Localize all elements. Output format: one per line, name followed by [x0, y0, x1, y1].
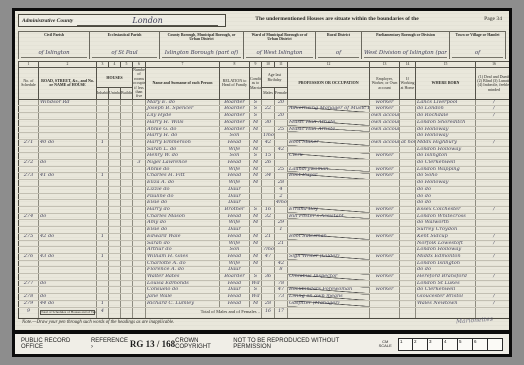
cell-where-born: Lancs Liverpool — [416, 99, 476, 106]
cell-inhabited — [97, 146, 109, 153]
cell-working-at-home — [400, 220, 416, 227]
cell-occupation: Music Hall Artiste — [288, 119, 370, 126]
cell-schedule — [19, 227, 39, 234]
cell-age-male: 28 — [262, 300, 275, 307]
cell-age-male: 36 — [262, 274, 275, 281]
cell-inhabited — [97, 99, 109, 106]
cell-age-female — [275, 253, 288, 260]
cell-relation: Boarder — [220, 126, 250, 133]
cell-condition: M — [250, 220, 262, 227]
cell-schedule — [19, 180, 39, 187]
cell-age-female: 2 — [275, 193, 288, 200]
cell-relation: Wife — [220, 180, 250, 187]
cell-schedule — [19, 287, 39, 294]
cell-age-male: 22 — [262, 106, 275, 113]
cell-inhabited — [97, 119, 109, 126]
cell-where-born: do London — [416, 106, 476, 113]
cell-employment — [370, 300, 400, 307]
cell-working-at-home — [400, 160, 416, 167]
cell-schedule: 271 — [19, 139, 39, 146]
cell-schedule — [19, 133, 39, 140]
table-row: 278doJane WaleHeadWd73Living on own mean… — [19, 294, 510, 301]
cell-building — [121, 119, 133, 126]
cell-working-at-home — [400, 200, 416, 207]
cell-infirmity: / — [476, 139, 510, 146]
cell-building — [121, 267, 133, 274]
cell-name: Annie G. do — [146, 126, 220, 133]
cell-employment — [370, 267, 400, 274]
cell-building — [121, 280, 133, 287]
cell-condition — [250, 227, 262, 234]
cell-relation: Daur — [220, 186, 250, 193]
cell-infirmity — [476, 146, 510, 153]
cell-occupation: Boot Buyer — [288, 173, 370, 180]
cell-schedule — [19, 153, 39, 160]
cell-age-male: 32 — [262, 213, 275, 220]
ruler-cell — [488, 338, 503, 351]
cell-employment: worker — [370, 153, 400, 160]
cell-infirmity — [476, 280, 510, 287]
cell-rooms — [133, 267, 146, 274]
cell-age-male — [262, 280, 275, 287]
cell-name: Harry Emmerson — [146, 139, 220, 146]
cell-name: Lizzie do — [146, 186, 220, 193]
cell-occupation: Omnibus Inspector — [288, 274, 370, 281]
cell-name: Charlotte A. do — [146, 260, 220, 267]
cell-working-at-home — [400, 186, 416, 193]
cell-working-at-home — [400, 240, 416, 247]
cell-road: 42 do — [39, 233, 97, 240]
cell-schedule — [19, 113, 39, 120]
cell-rooms — [133, 280, 146, 287]
cell-name: Henry W. do — [146, 153, 220, 160]
cell-where-born: do Holloway — [416, 133, 476, 140]
cell-inhabited — [97, 153, 109, 160]
cell-inhabited — [97, 287, 109, 294]
cell-age-female — [275, 274, 288, 281]
cell-inhabited — [97, 274, 109, 281]
cell-road — [39, 260, 97, 267]
cell-uninhabited — [109, 233, 121, 240]
cell-working-at-home — [400, 146, 416, 153]
header-employer: Employer, Worker, or Own account — [370, 68, 400, 100]
cell-where-born: Mddx Highbury — [416, 139, 476, 146]
cell-employment — [370, 247, 400, 254]
ruler-cell: 2 — [413, 338, 428, 351]
cell-rooms — [133, 180, 146, 187]
cell-infirmity: / — [476, 274, 510, 281]
cell-building — [121, 260, 133, 267]
cell-schedule — [19, 106, 39, 113]
cell-name: Consuelo do — [146, 287, 220, 294]
cell-schedule — [19, 146, 39, 153]
cell-where-born: London Islington — [416, 260, 476, 267]
cell-name: Louisa Edmonds — [146, 280, 220, 287]
cell-rooms — [133, 113, 146, 120]
cell-rooms — [133, 186, 146, 193]
cell-inhabited — [97, 126, 109, 133]
cell-employment — [370, 160, 400, 167]
cell-building — [121, 180, 133, 187]
cell-relation: Head — [220, 173, 250, 180]
cell-inhabited — [97, 247, 109, 254]
cell-name: Harry H. do — [146, 133, 220, 140]
cell-occupation — [288, 160, 370, 167]
cell-building — [121, 126, 133, 133]
cell-rooms — [133, 233, 146, 240]
census-table-body: Windsor RdMary E. doBoarderS20workerLanc… — [19, 99, 510, 318]
cell-condition: M — [250, 180, 262, 187]
cell-age-male — [262, 200, 275, 207]
parliamentary-borough-label: Parliamentary Borough or Division — [364, 33, 447, 37]
cell-rooms — [133, 106, 146, 113]
cell-schedule — [19, 186, 39, 193]
cell-name: Pauline do — [146, 193, 220, 200]
cell-road — [39, 126, 97, 133]
cell-building — [121, 139, 133, 146]
cell-working-at-home — [400, 287, 416, 294]
cell-age-female: 25 — [275, 166, 288, 173]
cell-relation: Daur — [220, 287, 250, 294]
cell-uninhabited — [109, 173, 121, 180]
civil-parish-box: Civil Parish of Islington — [18, 32, 90, 59]
cell-rooms — [133, 300, 146, 307]
cell-occupation: Advertising Manager of Music Hall — [288, 106, 370, 113]
total-emp — [370, 307, 400, 318]
cell-relation: Wife — [220, 260, 250, 267]
page-number: Page 34 — [448, 14, 506, 22]
cell-road — [39, 146, 97, 153]
cell-occupation: Bookbinders Forewoman — [288, 287, 370, 294]
cell-inhabited — [97, 160, 109, 167]
cell-infirmity: / — [476, 294, 510, 301]
cell-road — [39, 200, 97, 207]
cell-working-at-home — [400, 267, 416, 274]
cell-age-male — [262, 260, 275, 267]
table-row: Eliza A. doWifeM28do Holloway — [19, 180, 510, 187]
rural-district-box: Rural District of — [316, 32, 362, 59]
table-row: Charlotte A. doWifeM42London Islington — [19, 260, 510, 267]
cell-relation: Head — [220, 294, 250, 301]
cell-inhabited — [97, 193, 109, 200]
cell-age-female — [275, 106, 288, 113]
cell-building — [121, 113, 133, 120]
cell-schedule: 274 — [19, 213, 39, 220]
census-page: Administrative County London The underme… — [15, 11, 509, 330]
cell-where-born: Surrey Croydon — [416, 227, 476, 234]
cell-rooms — [133, 253, 146, 260]
cell-age-female — [275, 213, 288, 220]
table-row: 27643 do1William H. GilesHeadM47Sign Wri… — [19, 253, 510, 260]
cell-condition: M — [250, 139, 262, 146]
cell-schedule: 277 — [19, 280, 39, 287]
cell-where-born: do Clerkenwell — [416, 160, 476, 167]
cell-uninhabited — [109, 267, 121, 274]
cell-relation: Wife — [220, 220, 250, 227]
cell-road — [39, 113, 97, 120]
cell-rooms — [133, 146, 146, 153]
cell-uninhabited — [109, 113, 121, 120]
cell-age-female: 28 — [275, 180, 288, 187]
cell-employment: worker — [370, 173, 400, 180]
table-row: Henry W. doSonS15Clerkworkerdo Islington — [19, 153, 510, 160]
cell-employment: worker — [370, 213, 400, 220]
total-occ — [288, 307, 370, 318]
scanned-document-frame: Administrative County London The underme… — [12, 8, 512, 357]
cell-employment: worker — [370, 253, 400, 260]
ward-label: Ward of Municipal Borough or of Urban Di… — [246, 33, 313, 41]
cell-where-born: Norfolk Lowestoft — [416, 240, 476, 247]
administrative-county-value: London — [77, 16, 218, 26]
cell-name: Arthur do — [146, 247, 220, 254]
crown-copyright-label: CROWN COPYRIGHT — [175, 338, 233, 350]
cell-name: Harry do — [146, 206, 220, 213]
cell-building — [121, 200, 133, 207]
ruler-cell: 4 — [443, 338, 458, 351]
cell-age-male — [262, 240, 275, 247]
total-females: 17 — [275, 307, 288, 318]
cell-uninhabited — [109, 253, 121, 260]
cell-relation: Son — [220, 247, 250, 254]
table-row: Harry doBrotherS16Errand BoyworkerEssex … — [19, 206, 510, 213]
cell-name: Sarah do — [146, 240, 220, 247]
cell-inhabited: 1 — [97, 173, 109, 180]
cell-name: Joseph B. Spencer — [146, 106, 220, 113]
table-row: 27542 do1Edward WaleHeadM21Boot Salesman… — [19, 233, 510, 240]
cell-name: Elsie do — [146, 227, 220, 234]
cell-schedule — [19, 126, 39, 133]
cell-occupation — [288, 146, 370, 153]
town-village-value: of — [452, 50, 503, 58]
cell-name: Edward Wale — [146, 233, 220, 240]
cell-name: Lily Hyde — [146, 113, 220, 120]
rural-district-value: of — [318, 50, 359, 58]
cell-schedule — [19, 206, 39, 213]
administrative-county-label: Administrative County — [22, 18, 73, 24]
cell-road: 41 do — [39, 173, 97, 180]
cell-relation: Son — [220, 133, 250, 140]
cell-schedule — [19, 99, 39, 106]
cell-age-male — [262, 287, 275, 294]
cell-employment — [370, 260, 400, 267]
cell-condition: M — [250, 253, 262, 260]
cell-uninhabited — [109, 200, 121, 207]
cell-uninhabited — [109, 287, 121, 294]
cell-infirmity — [476, 119, 510, 126]
district-boxes: Civil Parish of Islington Ecclesiastical… — [18, 31, 506, 59]
total-uninhabited — [109, 307, 121, 318]
cell-age-male: 34 — [262, 173, 275, 180]
total-schedules: 9 — [19, 307, 39, 318]
cell-infirmity — [476, 220, 510, 227]
county-borough-value: Islington Borough (part of) — [162, 50, 241, 58]
cell-inhabited — [97, 213, 109, 220]
cell-building — [121, 274, 133, 281]
header-infirmity: (1) Deaf and Dumb (2) Blind (3) Lunatic … — [476, 68, 510, 100]
cell-employment — [370, 280, 400, 287]
cell-relation: Wife — [220, 166, 250, 173]
cell-condition: M — [250, 146, 262, 153]
cell-uninhabited — [109, 146, 121, 153]
cell-inhabited — [97, 180, 109, 187]
cell-building — [121, 186, 133, 193]
cell-occupation — [288, 267, 370, 274]
cell-rooms — [133, 119, 146, 126]
cell-relation: Head — [220, 280, 250, 287]
cell-where-born: do Rochdale — [416, 113, 476, 120]
cell-employment: worker — [370, 106, 400, 113]
cell-schedule — [19, 274, 39, 281]
cell-rooms — [133, 200, 146, 207]
cell-where-born: do do — [416, 186, 476, 193]
cell-relation: Daur — [220, 193, 250, 200]
header-age-group: Age last Birthday — [262, 68, 288, 88]
cell-uninhabited — [109, 280, 121, 287]
cell-inhabited — [97, 280, 109, 287]
cell-building — [121, 146, 133, 153]
cell-infirmity — [476, 133, 510, 140]
cell-schedule — [19, 240, 39, 247]
cell-building — [121, 253, 133, 260]
table-row: Sarah doWifeM21Norfolk Lowestoft/ — [19, 240, 510, 247]
cell-uninhabited — [109, 247, 121, 254]
cm-scale-ruler: 123456 — [398, 338, 503, 351]
county-borough-box: County Borough, Municipal Borough, or Ur… — [160, 32, 244, 59]
headings-note: Note.—Draw your pen through such words o… — [22, 320, 506, 325]
cell-age-male: 21 — [262, 233, 275, 240]
cell-relation: Boarder — [220, 119, 250, 126]
cell-building — [121, 99, 133, 106]
cell-name: Annie do — [146, 166, 220, 173]
cell-occupation — [288, 260, 370, 267]
cell-age-male: 7mo — [262, 247, 275, 254]
cell-condition: S — [250, 113, 262, 120]
cell-occupation: Sign Writer (Gilder) — [288, 253, 370, 260]
cell-employment: own account — [370, 139, 400, 146]
town-village-box: Town or Village or Hamlet of — [450, 32, 506, 59]
cell-name: Jane Wale — [146, 294, 220, 301]
table-row: Florence A. doDaur8do do — [19, 267, 510, 274]
cell-occupation: Boot Salesman — [288, 233, 370, 240]
cell-rooms — [133, 294, 146, 301]
cell-schedule — [19, 119, 39, 126]
cell-age-male: 30 — [262, 119, 275, 126]
cell-uninhabited — [109, 193, 121, 200]
cell-schedule — [19, 166, 39, 173]
cell-building — [121, 220, 133, 227]
table-row: Lizzie doDaur4do do — [19, 186, 510, 193]
cell-where-born: do do — [416, 193, 476, 200]
cell-infirmity — [476, 126, 510, 133]
cell-name: Charles Mason — [146, 213, 220, 220]
cell-rooms — [133, 166, 146, 173]
cell-occupation: Gasfitter (Manager) — [288, 300, 370, 307]
cell-infirmity — [476, 180, 510, 187]
cell-age-female — [275, 153, 288, 160]
cell-infirmity — [476, 287, 510, 294]
cell-condition: M — [250, 126, 262, 133]
cell-rooms — [133, 240, 146, 247]
cell-employment — [370, 200, 400, 207]
cell-condition: M — [250, 166, 262, 173]
cell-where-born: do do — [416, 200, 476, 207]
ruler-cell: 1 — [398, 338, 413, 351]
cell-age-female — [275, 133, 288, 140]
administrative-county-box: Administrative County London — [18, 14, 226, 27]
cell-inhabited: 1 — [97, 233, 109, 240]
table-row: Arthur doSon7moLondon Holloway — [19, 247, 510, 254]
cell-where-born: Middx Edmonton — [416, 253, 476, 260]
header-relation: RELATION to Head of Family — [220, 68, 250, 100]
cell-employment: own account — [370, 119, 400, 126]
cell-schedule: 275 — [19, 233, 39, 240]
cell-working-at-home — [400, 253, 416, 260]
cell-relation: Daur — [220, 267, 250, 274]
cell-infirmity: / — [476, 106, 510, 113]
table-row: Elsie doDaur1Surrey Croydon — [19, 227, 510, 234]
cell-relation: Boarder — [220, 106, 250, 113]
cell-name: Nigel Lawrence — [146, 160, 220, 167]
cell-road — [39, 206, 97, 213]
cell-infirmity — [476, 260, 510, 267]
cell-occupation — [288, 133, 370, 140]
cell-relation: Daur — [220, 200, 250, 207]
cell-name: Charles H. Fitt — [146, 173, 220, 180]
cell-age-male — [262, 166, 275, 173]
cell-schedule — [19, 247, 39, 254]
cell-uninhabited — [109, 119, 121, 126]
census-table: 1 2 3 4 5 6 7 8 9 10 11 12 13 14 — [18, 61, 509, 319]
cell-name: Harry H. Wills — [146, 119, 220, 126]
cell-uninhabited — [109, 160, 121, 167]
cell-schedule — [19, 267, 39, 274]
cell-occupation — [288, 200, 370, 207]
cell-rooms — [133, 133, 146, 140]
cell-age-male — [262, 267, 275, 274]
cell-occupation — [288, 193, 370, 200]
cell-relation: Daur — [220, 227, 250, 234]
cell-rooms — [133, 274, 146, 281]
cell-occupation: Errand Boy — [288, 206, 370, 213]
cell-building — [121, 166, 133, 173]
column-header-row: No. of Schedule ROAD, STREET, &c., and N… — [19, 68, 510, 88]
cell-age-female: 47 — [275, 287, 288, 294]
cell-road — [39, 220, 97, 227]
cell-where-born: do do — [416, 267, 476, 274]
cell-inhabited — [97, 166, 109, 173]
cell-working-at-home — [400, 233, 416, 240]
reproduction-notice: NOT TO BE REPRODUCED WITHOUT PERMISSION — [233, 338, 372, 350]
record-office-label: PUBLIC RECORD OFFICE — [21, 338, 91, 350]
cell-employment — [370, 193, 400, 200]
reference-number: RG 13 / 168 — [130, 339, 175, 349]
cell-where-born: Hereford Bransford — [416, 274, 476, 281]
header-schedule: No. of Schedule — [19, 68, 39, 100]
table-row: Annie G. doBoarderM25Music Hall Artisteo… — [19, 126, 510, 133]
ruler-cell: 6 — [473, 338, 488, 351]
cell-employment: worker — [370, 233, 400, 240]
header-rooms: Number of rooms occupied if less than fi… — [133, 68, 146, 100]
cell-occupation — [288, 99, 370, 106]
cell-infirmity — [476, 166, 510, 173]
cell-age-male — [262, 294, 275, 301]
cell-working-at-home — [400, 274, 416, 281]
cell-where-born: Essex Colchester — [416, 206, 476, 213]
table-row: Pauline doDaur2do do — [19, 193, 510, 200]
cell-inhabited — [97, 220, 109, 227]
cell-road: do — [39, 280, 97, 287]
header-houses-group: HOUSES — [97, 68, 133, 88]
